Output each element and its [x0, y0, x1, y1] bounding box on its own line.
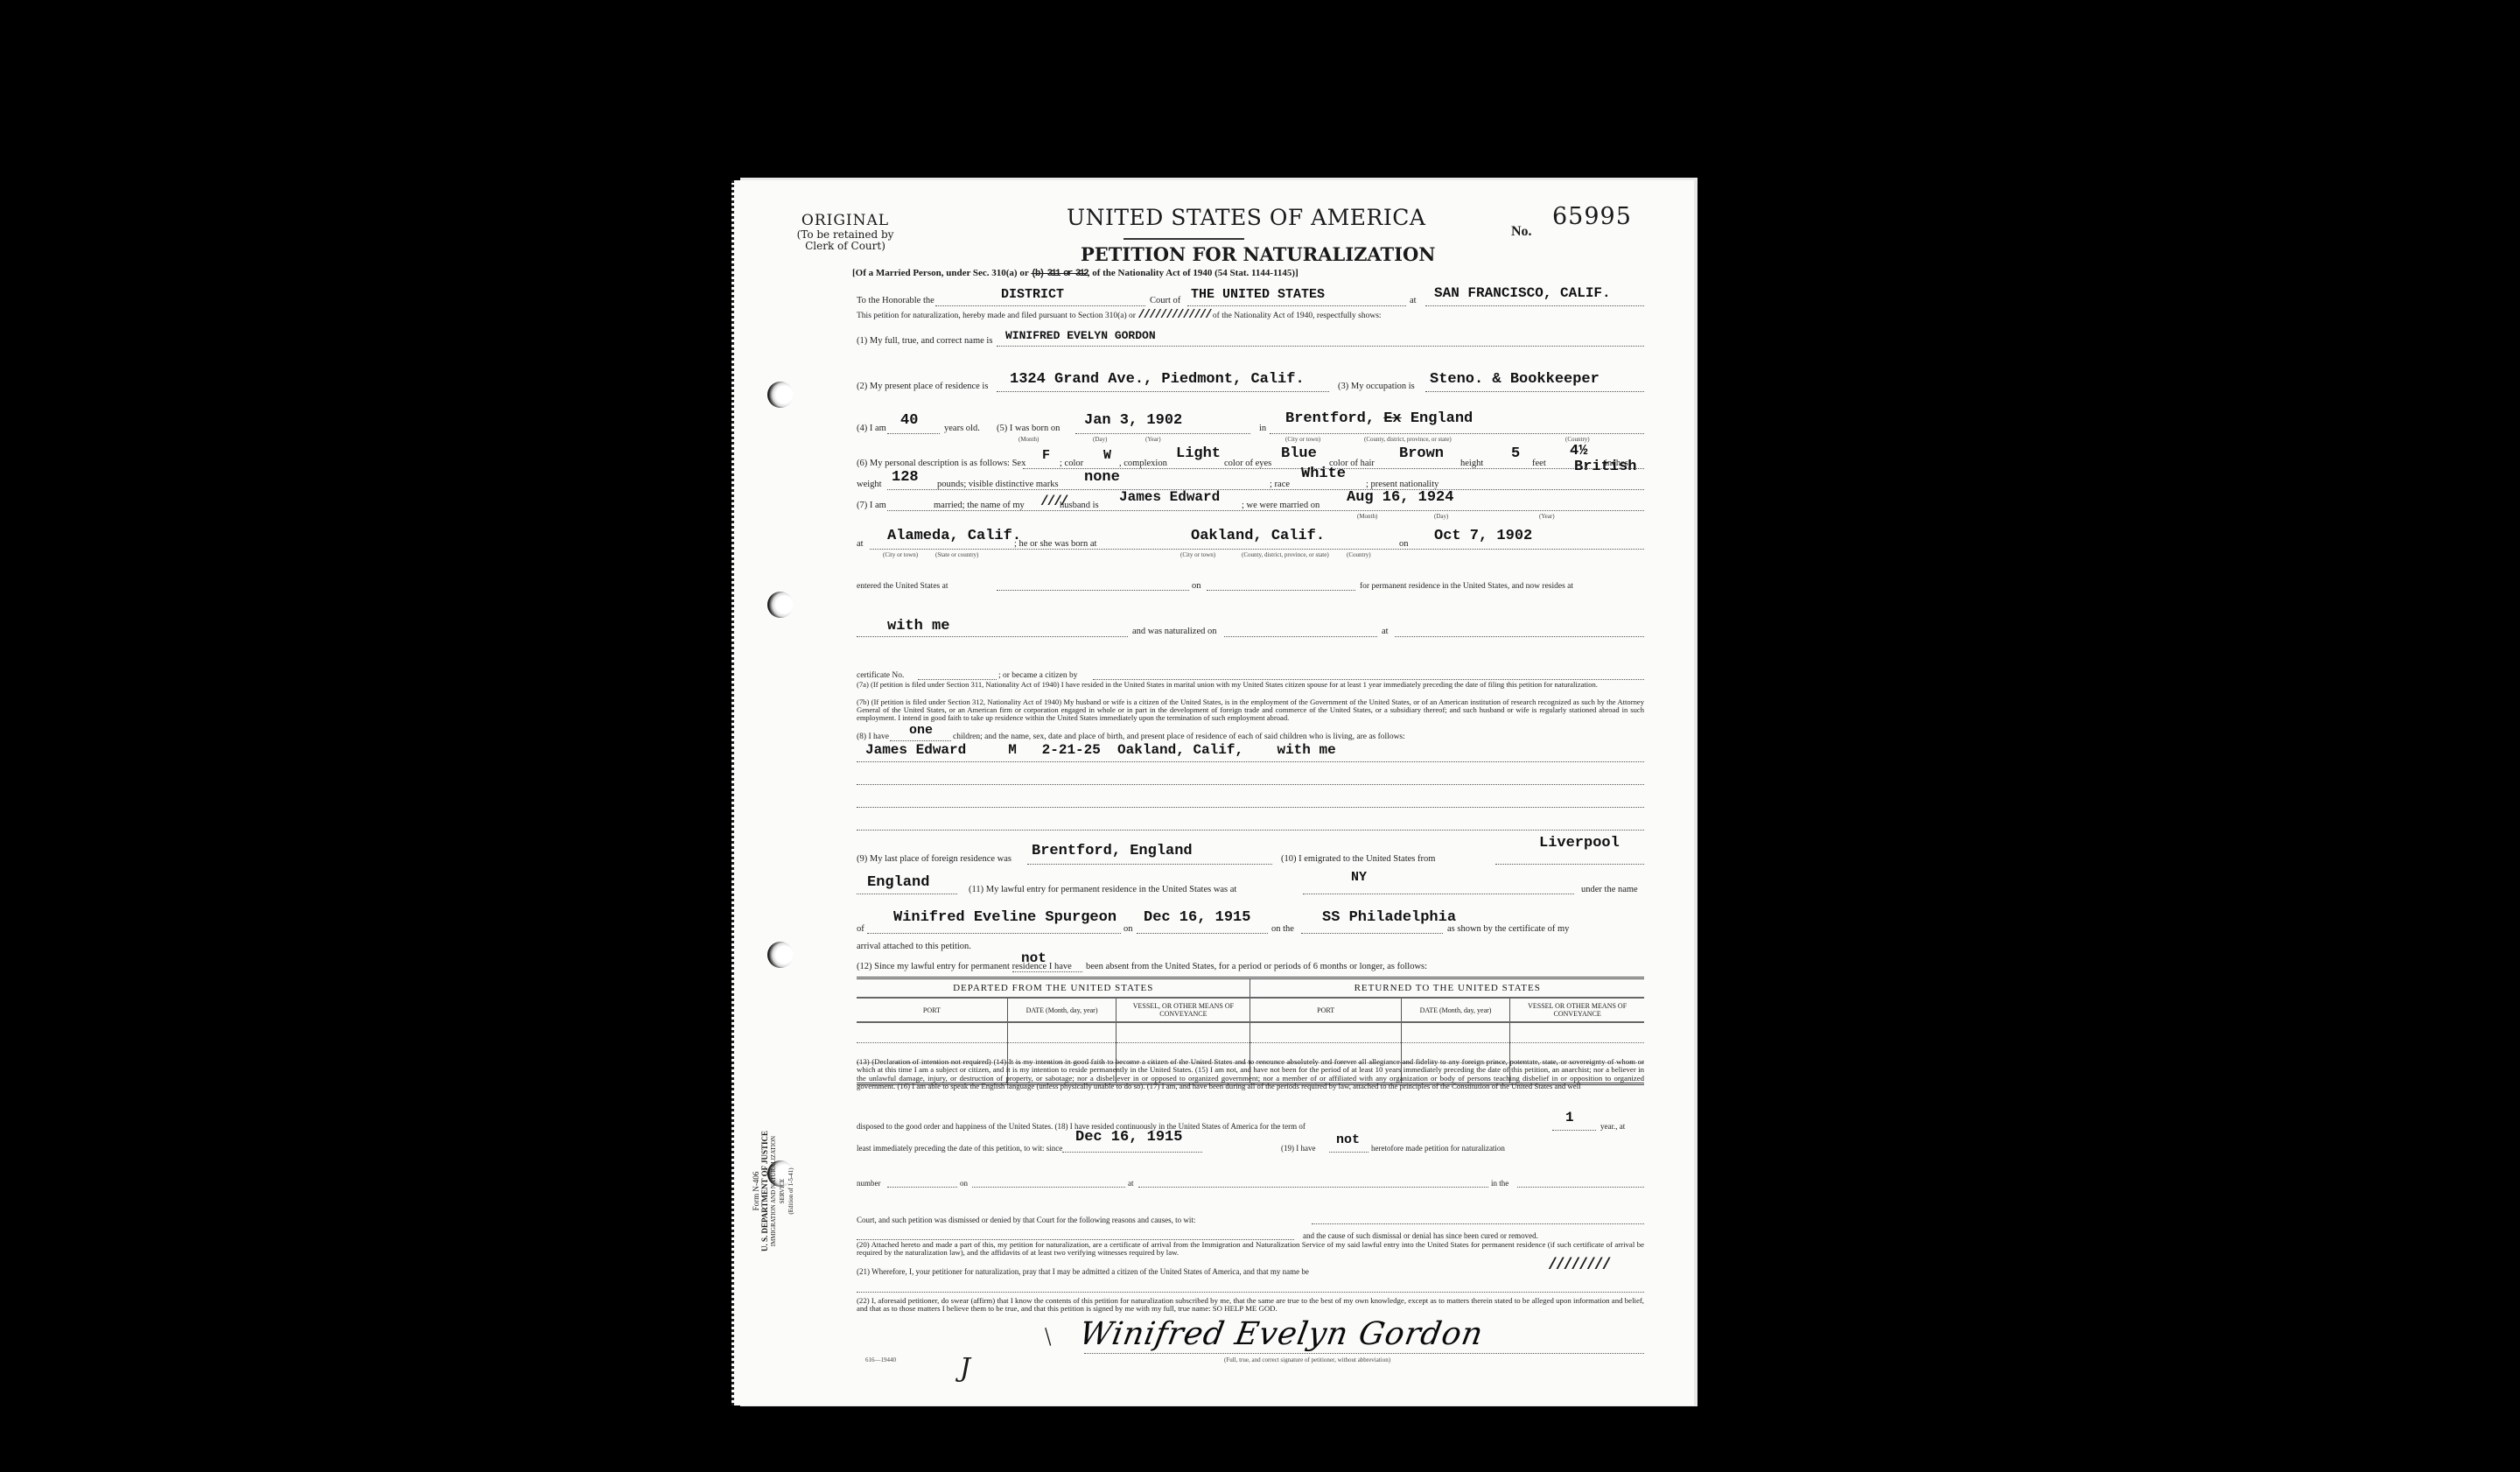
- since-label: least immediately preceding the date of …: [857, 1143, 1062, 1153]
- act-line-text: , of the Nationality Act of 1940 (54 Sta…: [1088, 268, 1298, 278]
- department: U. S. DEPARTMENT OF JUSTICE: [760, 1125, 769, 1257]
- act-line-text: [Of a Married Person, under Sec. 310(a) …: [852, 268, 1029, 278]
- number-on-label: on: [960, 1178, 968, 1188]
- nationality-value: British: [1574, 459, 1636, 475]
- height-label: height: [1460, 459, 1483, 469]
- race-value: White: [1301, 466, 1346, 482]
- on-label: on: [1399, 539, 1409, 550]
- column-header: PORT: [857, 998, 1007, 1022]
- q12-suffix: been absent from the United States, for …: [1086, 962, 1427, 972]
- of-label: of: [857, 924, 864, 935]
- spouse-birthplace-value: Oakland, Calif.: [1191, 528, 1325, 544]
- q22-oath-text: (22) I, aforesaid petitioner, do swear (…: [857, 1297, 1644, 1314]
- column-header: DATE (Month, day, year): [1401, 998, 1509, 1022]
- complexion-value: Light: [1176, 445, 1221, 462]
- children-count-value: one: [909, 723, 933, 738]
- document-subtitle: PETITION FOR NATURALIZATION: [1081, 243, 1436, 265]
- name-change-struck: ////////: [1548, 1257, 1609, 1274]
- spouse-name-value: James Edward: [1119, 489, 1220, 505]
- naturalization-petition-page: ORIGINAL (To be retained by Clerk of Cou…: [731, 180, 1694, 1405]
- q9-label: (9) My last place of foreign residence w…: [857, 854, 1011, 865]
- original-label: ORIGINAL: [788, 212, 902, 229]
- entry-name-value: Winifred Eveline Spurgeon: [893, 909, 1116, 926]
- q18-suffix: year., at: [1600, 1121, 1625, 1132]
- entry-port-value: NY: [1351, 870, 1367, 885]
- color-value: W: [1103, 448, 1111, 463]
- on-the-label: on the: [1271, 924, 1294, 935]
- birth-struck: Ex: [1383, 410, 1401, 427]
- q10-label: (10) I emigrated to the United States fr…: [1281, 854, 1435, 865]
- age-suffix: years old.: [944, 424, 980, 434]
- q1-label: (1) My full, true, and correct name is: [857, 336, 992, 347]
- birth-city: Brentford,: [1285, 410, 1375, 427]
- petition-number: 65995: [1552, 203, 1632, 230]
- q20-text: (20) Attached hereto and made a part of …: [857, 1241, 1644, 1258]
- emigrated-from-city-value: Liverpool: [1539, 835, 1620, 852]
- filed-line-text: of the Nationality Act of 1940, respectf…: [1213, 312, 1382, 320]
- court-location: SAN FRANCISCO, CALIF.: [1434, 285, 1611, 301]
- married-on-label: ; we were married on: [1242, 501, 1319, 511]
- marriage-date-value: Aug 16, 1924: [1347, 489, 1453, 506]
- race-label: ; race: [1270, 480, 1290, 490]
- q7-label: (7) I am: [857, 501, 886, 511]
- original-note: Clerk of Court): [788, 241, 902, 252]
- number-label: No.: [1511, 224, 1532, 240]
- in-the-label: in the: [1491, 1178, 1508, 1188]
- q19-label: (19) I have: [1281, 1143, 1315, 1153]
- q7b-text: (7b) (If petition is filed under Section…: [857, 698, 1644, 722]
- husband-label: husband is: [1060, 501, 1099, 511]
- emigrated-from-country-value: England: [867, 874, 929, 891]
- print-code: 616—19440: [865, 1356, 896, 1363]
- court-name: THE UNITED STATES: [1191, 287, 1325, 302]
- clerk-initial-mark: J: [960, 1353, 970, 1384]
- form-number: Form N-406: [752, 1125, 760, 1257]
- eyes-value: Blue: [1281, 445, 1317, 462]
- last-foreign-residence-value: Brentford, England: [1032, 843, 1193, 859]
- q7a-text: (7a) (If petition is filed under Section…: [857, 681, 1644, 689]
- act-line-struck: (b) 311 or 312: [1031, 269, 1087, 279]
- children-suffix: children; and the name, sex, date and pl…: [953, 732, 1405, 742]
- complexion-label: , complexion: [1119, 459, 1167, 469]
- absent-value: not: [1021, 950, 1046, 966]
- original-stamp: ORIGINAL (To be retained by Clerk of Cou…: [788, 212, 902, 252]
- height-inches-value: 4½: [1570, 443, 1587, 459]
- strike-marks: /////////////: [1137, 308, 1210, 322]
- spouse-birth-date-value: Oct 7, 1902: [1434, 528, 1532, 544]
- vessel-value: SS Philadelphia: [1322, 909, 1456, 926]
- petitioner-signature: Winifred Evelyn Gordon: [1076, 1316, 1486, 1352]
- q11-label: (11) My lawful entry for permanent resid…: [969, 885, 1236, 895]
- service: IMMIGRATION AND NATURALIZATION SERVICE: [769, 1125, 787, 1257]
- at-label: at: [1410, 296, 1417, 306]
- occupation-value: Steno. & Bookkeeper: [1430, 371, 1599, 388]
- weight-value: 128: [892, 469, 919, 486]
- column-header: DATE (Month, day, year): [1007, 998, 1116, 1022]
- title-rule: [1123, 238, 1244, 240]
- entered-line: entered the United States at: [857, 581, 948, 592]
- naturalized-label: and was naturalized on: [1132, 627, 1217, 637]
- q2-label: (2) My present place of residence is: [857, 382, 988, 392]
- vessel-suffix: as shown by the certificate of my: [1447, 924, 1569, 935]
- prior-petition-value: not: [1336, 1132, 1360, 1147]
- under-name-label: under the name: [1581, 885, 1638, 895]
- document-title: UNITED STATES OF AMERICA: [1067, 205, 1425, 230]
- pounds-label: pounds; visible distinctive marks: [937, 480, 1059, 490]
- feet-label: feet: [1532, 459, 1546, 469]
- marriage-place-value: Alameda, Calif.: [887, 528, 1021, 544]
- number-label: number: [857, 1178, 881, 1188]
- q13-17-text: (13) (Declaration of intention not requi…: [857, 1058, 1644, 1091]
- sex-value: F: [1042, 448, 1050, 463]
- height-feet-value: 5: [1511, 445, 1520, 462]
- born-in-label: in: [1259, 424, 1266, 434]
- eyes-label: color of eyes: [1224, 459, 1271, 469]
- residence-value: 1324 Grand Ave., Piedmont, Calif.: [1010, 371, 1305, 388]
- color-label: ; color: [1060, 459, 1083, 469]
- weight-label: weight: [857, 480, 882, 490]
- court-dismissed-line: Court, and such petition was dismissed o…: [857, 1215, 1195, 1225]
- punch-hole-icon: [767, 942, 794, 968]
- full-name-value: WINIFRED EVELYN GORDON: [1005, 329, 1156, 342]
- departed-header: DEPARTED FROM THE UNITED STATES: [857, 978, 1250, 999]
- filed-line-text: This petition for naturalization, hereby…: [857, 312, 1136, 320]
- filed-line: This petition for naturalization, hereby…: [857, 310, 1382, 321]
- side-form-info: Form N-406 U. S. DEPARTMENT OF JUSTICE I…: [752, 1125, 795, 1257]
- q4-label: (4) I am: [857, 424, 886, 434]
- married-label: married; the name of my: [934, 501, 1025, 511]
- arrival-line: arrival attached to this petition.: [857, 942, 971, 952]
- column-header: VESSEL OR OTHER MEANS OF CONVEYANCE: [1510, 998, 1644, 1022]
- birth-place-value: Brentford, Ex England: [1285, 410, 1473, 427]
- spouse-born-label: ; he or she was born at: [1014, 539, 1096, 550]
- age-value: 40: [900, 412, 918, 429]
- birth-country: England: [1410, 410, 1473, 427]
- signature-caption: (Full, true, and correct signature of pe…: [1224, 1356, 1390, 1363]
- hair-value: Brown: [1399, 445, 1444, 462]
- residence-years-value: 1: [1565, 1110, 1574, 1125]
- birth-date-value: Jan 3, 1902: [1084, 412, 1182, 429]
- to-label: To the Honorable the: [857, 296, 934, 306]
- q21-text: (21) Wherefore, I, your petitioner for n…: [857, 1266, 1309, 1277]
- q5-label: (5) I was born on: [997, 424, 1060, 434]
- q19-suffix: heretofore made petition for naturalizat…: [1371, 1143, 1505, 1153]
- since-date-value: Dec 16, 1915: [1075, 1129, 1182, 1146]
- child-1-value: James Edward M 2-21-25 Oakland, Calif, w…: [865, 742, 1336, 758]
- q3-label: (3) My occupation is: [1338, 382, 1415, 392]
- q8-label: (8) I have: [857, 732, 889, 742]
- permanent-line: for permanent residence in the United St…: [1360, 581, 1573, 592]
- check-mark: /: [1037, 1323, 1060, 1352]
- at-label: at: [857, 539, 864, 550]
- edition: (Edition of 1-5-41): [787, 1125, 795, 1257]
- marks-value: none: [1084, 469, 1120, 486]
- entered-on-label: on: [1192, 581, 1201, 592]
- spouse-resides-value: with me: [887, 618, 949, 634]
- column-header: PORT: [1250, 998, 1401, 1022]
- returned-header: RETURNED TO THE UNITED STATES: [1250, 978, 1644, 999]
- court-type: DISTRICT: [1001, 287, 1064, 302]
- entry-on-label: on: [1123, 924, 1133, 935]
- naturalized-at-label: at: [1382, 627, 1389, 637]
- punch-hole-icon: [767, 592, 794, 618]
- column-header: VESSEL, OR OTHER MEANS OF CONVEYANCE: [1116, 998, 1250, 1022]
- punch-hole-icon: [767, 382, 794, 408]
- entry-date-value: Dec 16, 1915: [1144, 909, 1250, 926]
- table-row: [857, 1022, 1644, 1043]
- q6-label: (6) My personal description is as follow…: [857, 459, 1025, 469]
- court-of-label: Court of: [1150, 296, 1180, 306]
- act-line: [Of a Married Person, under Sec. 310(a) …: [852, 268, 1298, 279]
- number-at-label: at: [1128, 1178, 1134, 1188]
